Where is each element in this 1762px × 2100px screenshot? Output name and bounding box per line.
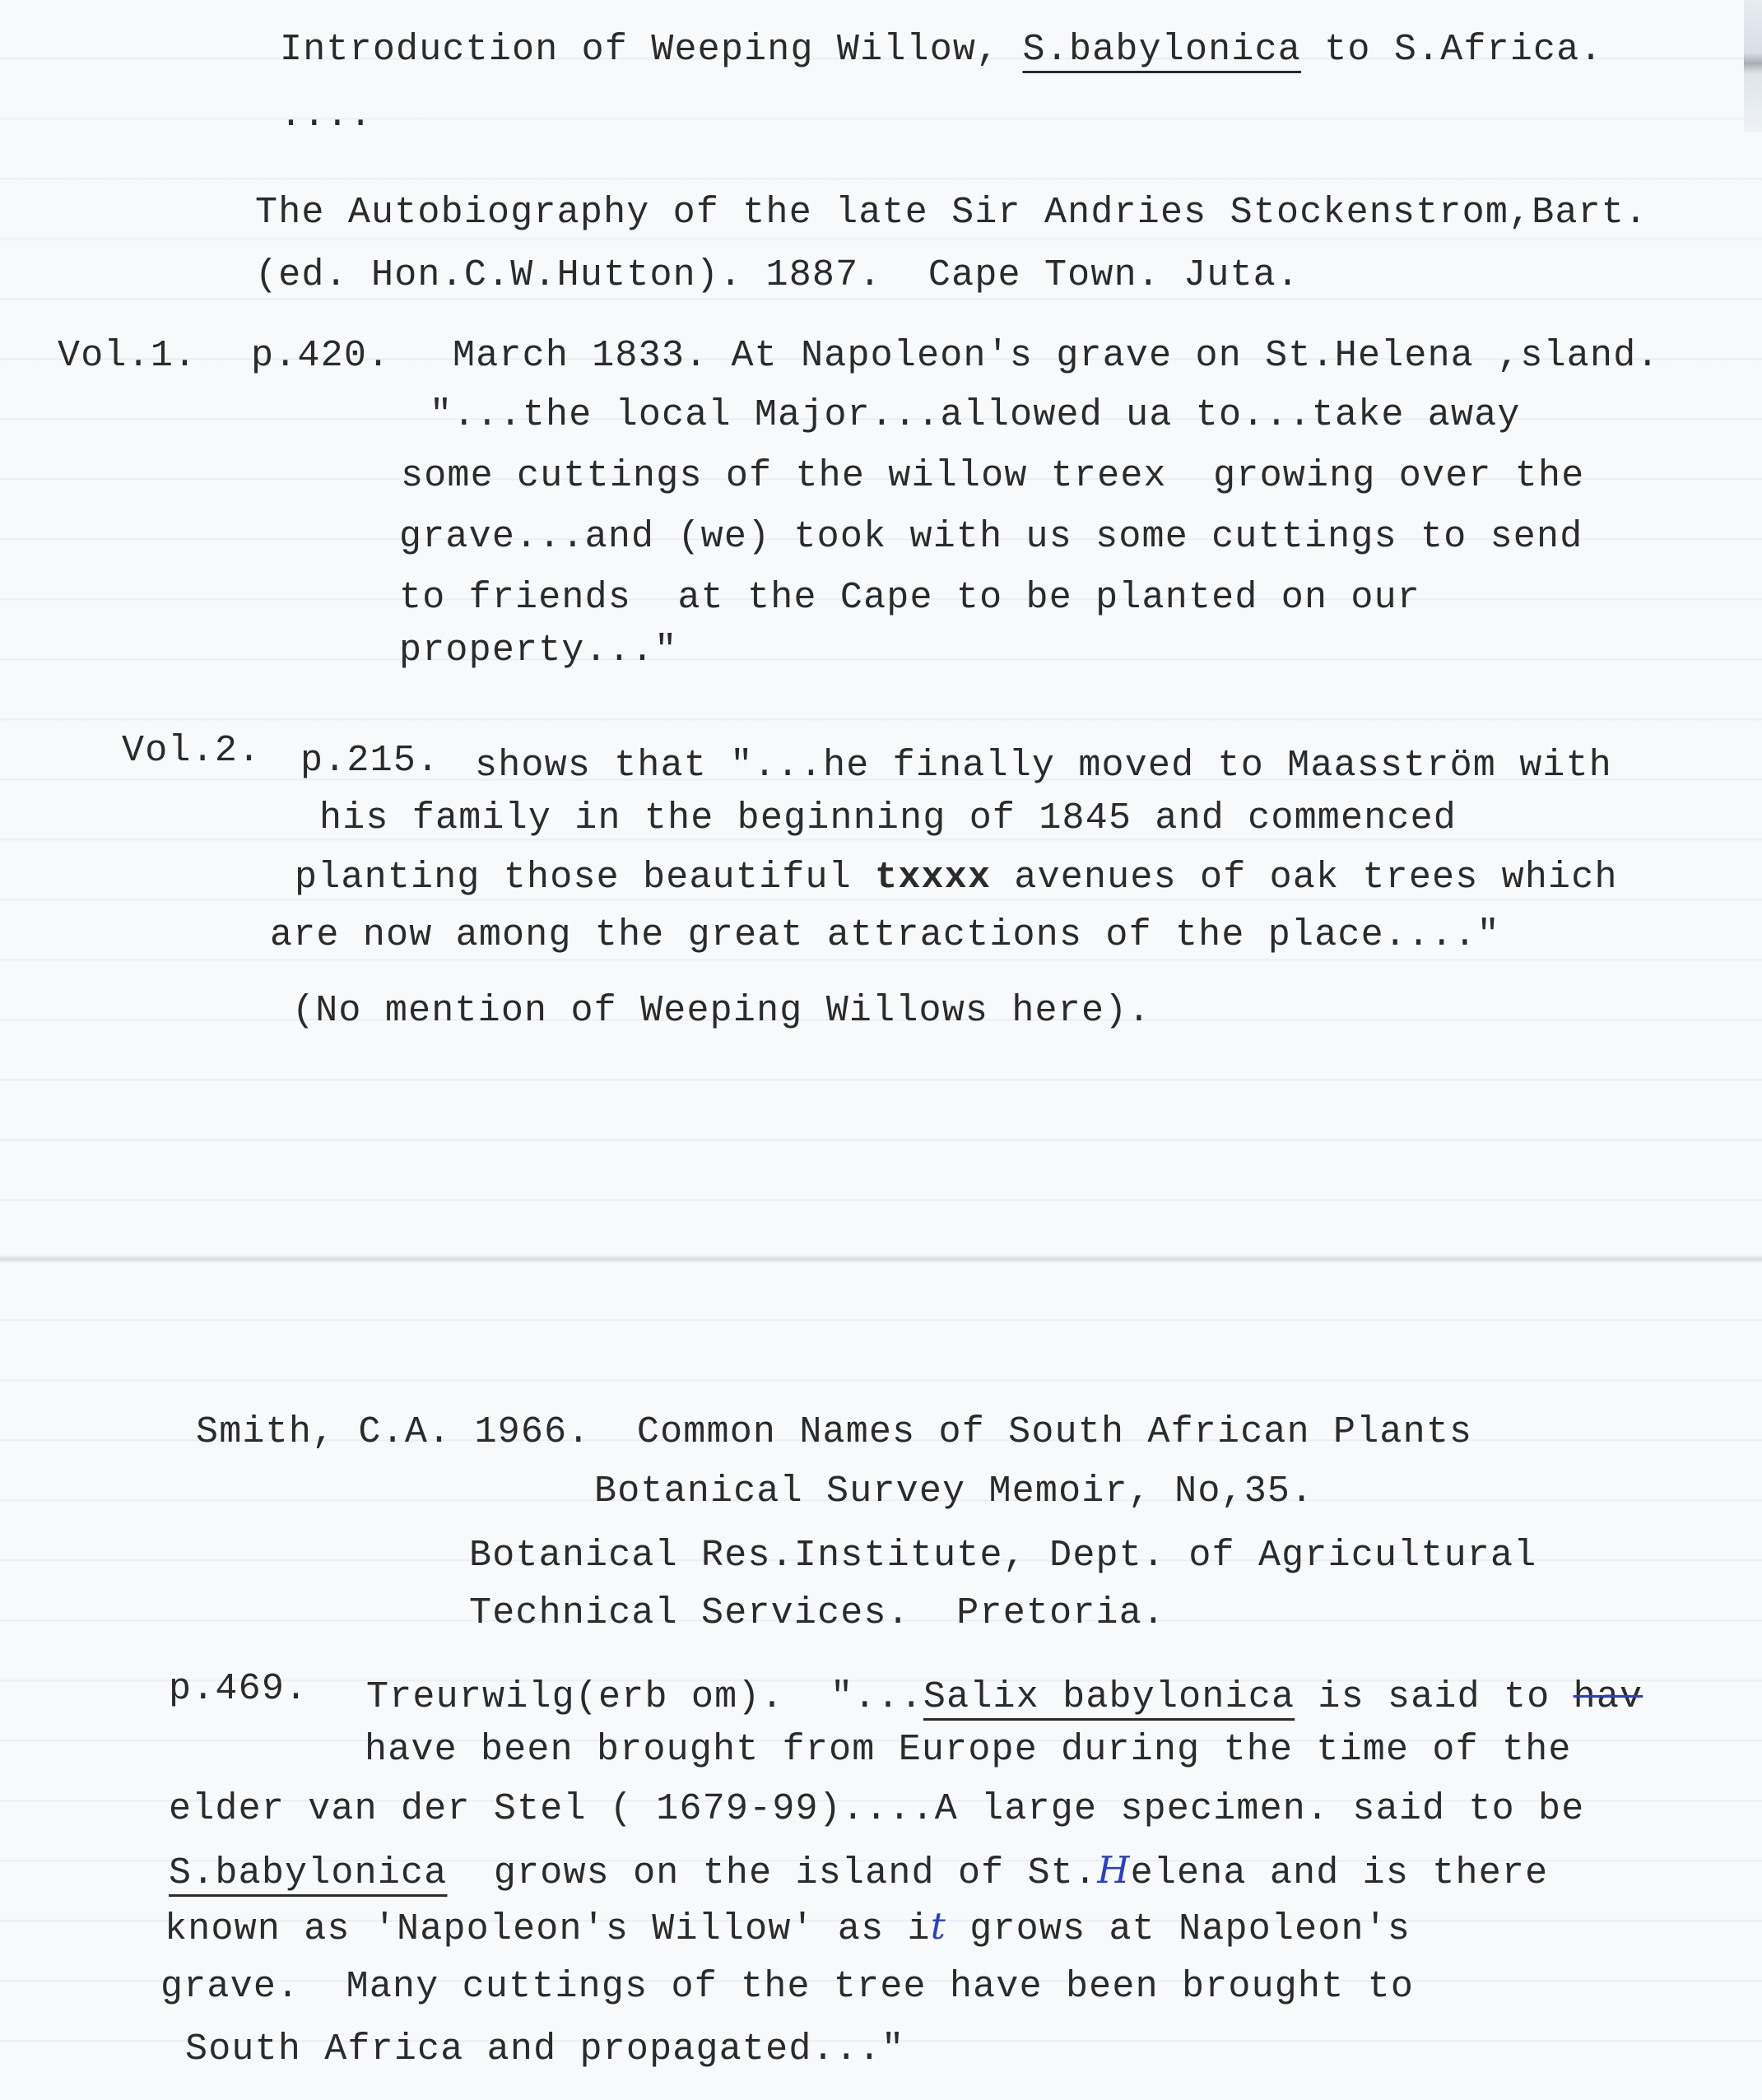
entry3-line5: known as 'Napoleon's Willow' as it grows… (165, 1907, 1411, 1948)
entry3-line5-end: grows at Napoleon's (946, 1908, 1411, 1950)
title-suffix: to S.Africa. (1301, 29, 1603, 71)
pen-correction-t: t (931, 1904, 946, 1948)
title-text: Introduction of Weeping Willow, (280, 29, 1023, 71)
entry1-volume: Vol.1. (58, 337, 197, 374)
entry3-line2: have been brought from Europe during the… (365, 1731, 1572, 1768)
typed-page: Introduction of Weeping Willow, S.babylo… (0, 0, 1762, 2100)
pen-correction-H: H (1097, 1848, 1130, 1892)
entry3-line4-start: grows on the island of St. (447, 1852, 1097, 1894)
entry3-line6: grave. Many cuttings of the tree have be… (160, 1968, 1414, 2005)
source2-citation-line2: Botanical Survey Memoir, No,35. (594, 1473, 1313, 1510)
entry2-line4: are now among the great attractions of t… (270, 917, 1500, 954)
entry1-line3: some cuttings of the willow treex growin… (401, 458, 1584, 495)
entry3-line4: S.babylonica grows on the island of St.H… (169, 1851, 1548, 1892)
species-underlined: Salix babylonica (923, 1676, 1295, 1718)
source1-citation-line2: (ed. Hon.C.W.Hutton). 1887. Cape Town. J… (255, 257, 1299, 294)
title-species-underlined: S.babylonica (1023, 29, 1301, 71)
pen-strikethrough: hav (1574, 1676, 1643, 1718)
entry1-line2: "...the local Major...allowed ua to...ta… (430, 397, 1521, 434)
source2-citation-line3: Botanical Res.Institute, Dept. of Agricu… (469, 1537, 1537, 1574)
typed-over-strikeout: txxxx (875, 857, 991, 899)
document-title: Introduction of Weeping Willow, S.babylo… (280, 31, 1603, 68)
entry2-line1: shows that "...he finally moved to Maass… (475, 747, 1612, 784)
entry1-line6: property..." (399, 632, 677, 669)
entry3-line7: South Africa and propagated..." (185, 2031, 904, 2068)
source1-citation-line1: The Autobiography of the late Sir Andrie… (255, 194, 1648, 231)
page-edge-shadow (1744, 0, 1762, 132)
entry2-volume: Vol.2. (122, 732, 261, 769)
entry3-line1-mid: is said to (1295, 1676, 1573, 1718)
entry2-note: (No mention of Weeping Willows here). (292, 992, 1151, 1029)
species-underlined: S.babylonica (169, 1852, 447, 1894)
entry3-line1: Treurwilg(erb om). "...Salix babylonica … (366, 1679, 1643, 1716)
entry1-page: p.420. (251, 337, 390, 374)
entry3-line1-start: Treurwilg(erb om). "... (366, 1676, 923, 1718)
entry1-line5: to friends at the Cape to be planted on … (399, 579, 1420, 616)
source2-citation-line1: Smith, C.A. 1966. Common Names of South … (196, 1414, 1472, 1451)
entry3-line3: elder van der Stel ( 1679-99)....A large… (169, 1791, 1584, 1828)
source2-citation-line4: Technical Services. Pretoria. (469, 1595, 1165, 1632)
entry1-line4: grave...and (we) took with us some cutti… (399, 518, 1583, 555)
entry2-page: p.215. (300, 742, 439, 779)
entry1-line1: March 1833. At Napoleon's grave on St.He… (453, 337, 1660, 374)
entry2-line3-start: planting those beautiful (295, 857, 875, 899)
entry3-line5-start: known as 'Napoleon's Willow' as i (165, 1908, 931, 1950)
entry2-line3-end: avenues of oak trees which (991, 857, 1618, 899)
entry2-line2: his family in the beginning of 1845 and … (319, 800, 1457, 837)
title-dots: .... (280, 97, 373, 134)
entry3-page: p.469. (169, 1670, 308, 1707)
paper-fold-crease (0, 1255, 1762, 1263)
entry2-line3: planting those beautiful txxxx avenues o… (295, 859, 1618, 896)
entry3-line4-end: elena and is there (1131, 1852, 1549, 1894)
